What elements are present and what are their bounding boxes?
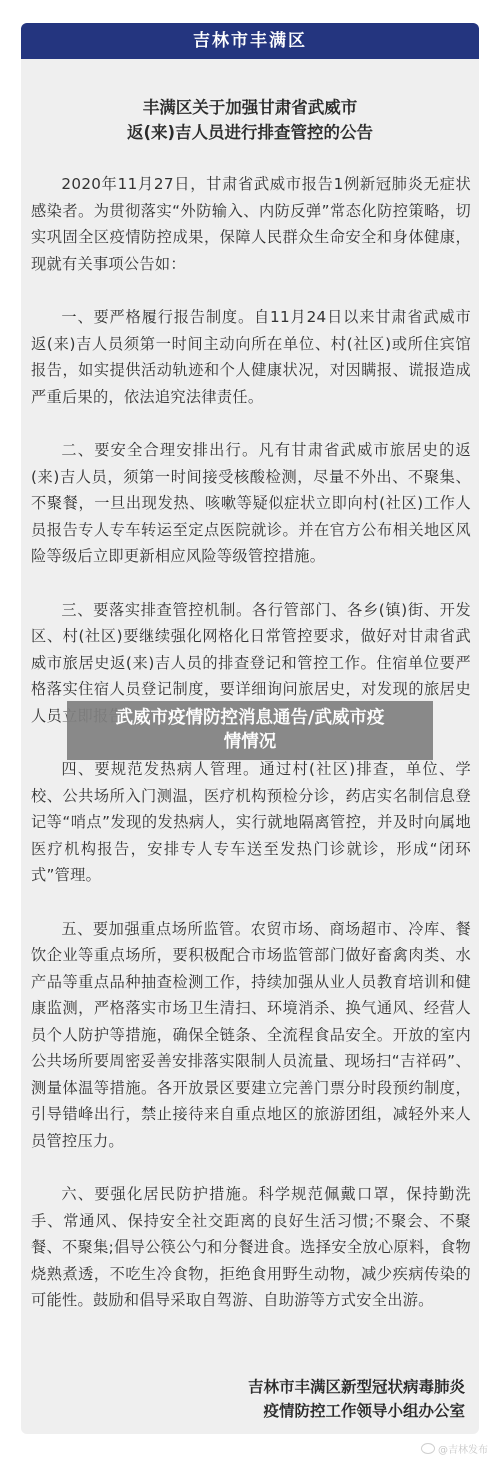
caption-line2: 情情况 [67,730,433,754]
district-header: 吉林市丰满区 [21,23,479,59]
document-title-line1: 丰满区关于加强甘肃省武威市 [21,95,479,120]
caption-overlay: 武威市疫情防控消息通告/武威市疫 情情况 [67,701,433,760]
paragraph-1-reporting: 一、要严格履行报告制度。自11月24日以来甘肃省武威市返(来)吉人员须第一时间主… [31,304,471,410]
signature-line1: 吉林市丰满区新型冠状病毒肺炎 [248,1375,465,1399]
paragraph-6-residents: 六、要强化居民防护措施。科学规范佩戴口罩，保持勤洗手、常通风、保持安全社交距离的… [31,1181,471,1314]
paragraph-4-fever: 四、要规范发热病人管理。通过村(社区)排查，单位、学校、公共场所入门测温，医疗机… [31,756,471,889]
document-title: 丰满区关于加强甘肃省武威市 返(来)吉人员进行排查管控的公告 [21,95,479,145]
document-title-line2: 返(来)吉人员进行排查管控的公告 [21,120,479,145]
signature: 吉林市丰满区新型冠状病毒肺炎 疫情防控工作领导小组办公室 [248,1375,465,1423]
signature-line2: 疫情防控工作领导小组办公室 [248,1399,465,1423]
weibo-icon [421,1443,435,1454]
caption-line1: 武威市疫情防控消息通告/武威市疫 [67,706,433,730]
paragraph-5-venues: 五、要加强重点场所监管。农贸市场、商场超市、冷库、餐饮企业等重点场所，要积极配合… [31,916,471,1155]
paragraph-2-travel: 二、要安全合理安排出行。凡有甘肃省武威市旅居史的返(来)吉人员，须第一时间接受核… [31,437,471,570]
watermark: @吉林发布 [421,1441,488,1456]
paragraph-intro: 2020年11月27日，甘肃省武威市报告1例新冠肺炎无症状感染者。为贯彻落实“外… [31,171,471,277]
watermark-text: @吉林发布 [438,1441,488,1456]
